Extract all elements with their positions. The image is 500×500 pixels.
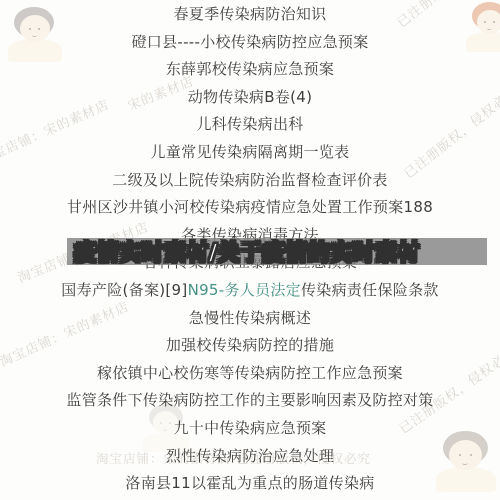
article-link[interactable]: 稼依镇中心校伤寒等传染病防控工作应急预案 (0, 360, 500, 388)
article-title-text: 稼依镇中心校伤寒等传染病防控工作应急预案 (97, 364, 403, 382)
article-title-text: 动物传染病B卷(4) (188, 88, 313, 106)
article-title-text: 东薛郭校传染病应急预案 (166, 60, 334, 78)
article-title-text: 儿童常见传染病隔离期一览表 (151, 143, 350, 161)
headline-banner: 疫情实时素材/关于疫情的实时素材 (67, 238, 487, 265)
article-title-text: 二级及以上院传染病防治监督检查评价表 (112, 171, 387, 189)
article-link[interactable]: 九十中传染病应急预案 (0, 415, 500, 443)
article-title-text: 加强校传染病防控的措施 (166, 336, 334, 354)
article-title-text: 监管条件下传染病防控工作的主要影响因素及防控对策 (66, 391, 433, 409)
material-preview-page: 已注册版权，侵权必究宋的素材店淘宝店铺：宋的素材店已注册版权，侵权必究淘宝店铺：… (0, 0, 500, 500)
article-title-text: 洛南县11以霍乱为重点的肠道传染病 (125, 474, 374, 492)
article-link[interactable]: 儿科传染病出科 (0, 111, 500, 139)
article-title-text: 甘州区沙井镇小河校传染病疫情应急处置工作预案188 (67, 198, 433, 216)
article-link[interactable]: 洛南县11以霍乱为重点的肠道传染病 (0, 470, 500, 498)
article-link[interactable]: 国寿产险(备案)[9]N95-务人员法定传染病责任保险条款 (0, 277, 500, 305)
article-link[interactable]: 儿童常见传染病隔离期一览表 (0, 139, 500, 167)
article-link[interactable]: 急慢性传染病概述 (0, 305, 500, 333)
headline-text: 疫情实时素材/关于疫情的实时素材 (67, 236, 420, 267)
article-link[interactable]: 甘州区沙井镇小河校传染病疫情应急处置工作预案188 (0, 194, 500, 222)
article-link[interactable]: 二级及以上院传染病防治监督检查评价表 (0, 167, 500, 195)
article-title-text: 磴口县----小校传染病防控应急预案 (131, 33, 368, 51)
article-title-text: 传染病责任保险条款 (301, 281, 439, 299)
article-link[interactable]: 春夏季传染病防治知识 (0, 1, 500, 29)
article-title-text: 急慢性传染病概述 (189, 309, 311, 327)
article-title-text: 烈性传染病防治应急处理 (166, 447, 334, 465)
article-link[interactable]: 东薛郭校传染病应急预案 (0, 56, 500, 84)
article-title-text: 儿科传染病出科 (196, 115, 303, 133)
article-title-text: 九十中传染病应急预案 (173, 419, 326, 437)
article-link[interactable]: 监管条件下传染病防控工作的主要影响因素及防控对策 (0, 387, 500, 415)
article-link[interactable]: 动物传染病B卷(4) (0, 84, 500, 112)
highlighted-text: N95-务人员法定 (188, 281, 301, 299)
article-title-text: 国寿产险(备案)[9] (61, 281, 187, 299)
article-link[interactable]: 烈性传染病防治应急处理 (0, 443, 500, 471)
article-link[interactable]: 磴口县----小校传染病防控应急预案 (0, 29, 500, 57)
article-link[interactable]: 加强校传染病防控的措施 (0, 332, 500, 360)
article-title-text: 春夏季传染病防治知识 (173, 5, 326, 23)
